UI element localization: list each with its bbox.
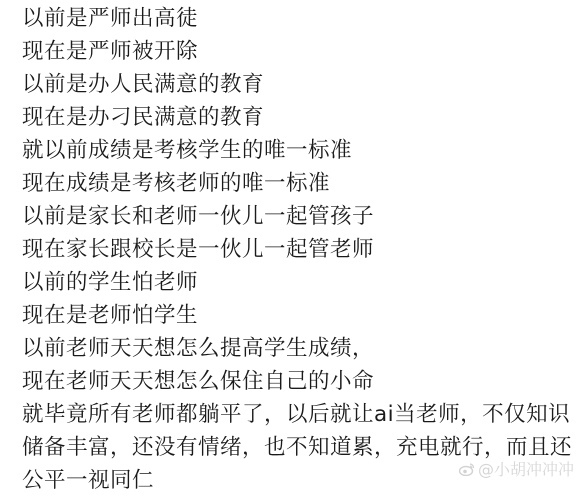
text-line: 就以前成绩是考核学生的唯一标准 xyxy=(22,134,588,167)
watermark: @小胡冲冲冲 xyxy=(459,457,574,480)
text-line: 现在成绩是考核老师的唯一标准 xyxy=(22,167,588,200)
text-line: 现在家长跟校长是一伙儿一起管老师 xyxy=(22,233,588,266)
text-line: 以前是办人民满意的教育 xyxy=(22,68,588,101)
weibo-icon xyxy=(459,462,475,476)
text-line: 现在老师天天想怎么保住自己的小命 xyxy=(22,365,588,398)
text-line: 以前老师天天想怎么提高学生成绩， xyxy=(22,332,588,365)
text-line: 以前是家长和老师一伙儿一起管孩子 xyxy=(22,200,588,233)
watermark-text: @小胡冲冲冲 xyxy=(478,457,574,480)
closing-paragraph: 就毕竟所有老师都躺平了，以后就让ai当老师，不仅知识储备丰富，还没有情绪，也不知… xyxy=(22,398,588,497)
text-line: 以前的学生怕老师 xyxy=(22,266,588,299)
text-line: 以前是严师出高徒 xyxy=(22,2,588,35)
text-line: 现在是严师被开除 xyxy=(22,35,588,68)
text-line: 现在是办刁民满意的教育 xyxy=(22,101,588,134)
text-line: 现在是老师怕学生 xyxy=(22,299,588,332)
document-body: 以前是严师出高徒 现在是严师被开除 以前是办人民满意的教育 现在是办刁民满意的教… xyxy=(22,2,588,497)
